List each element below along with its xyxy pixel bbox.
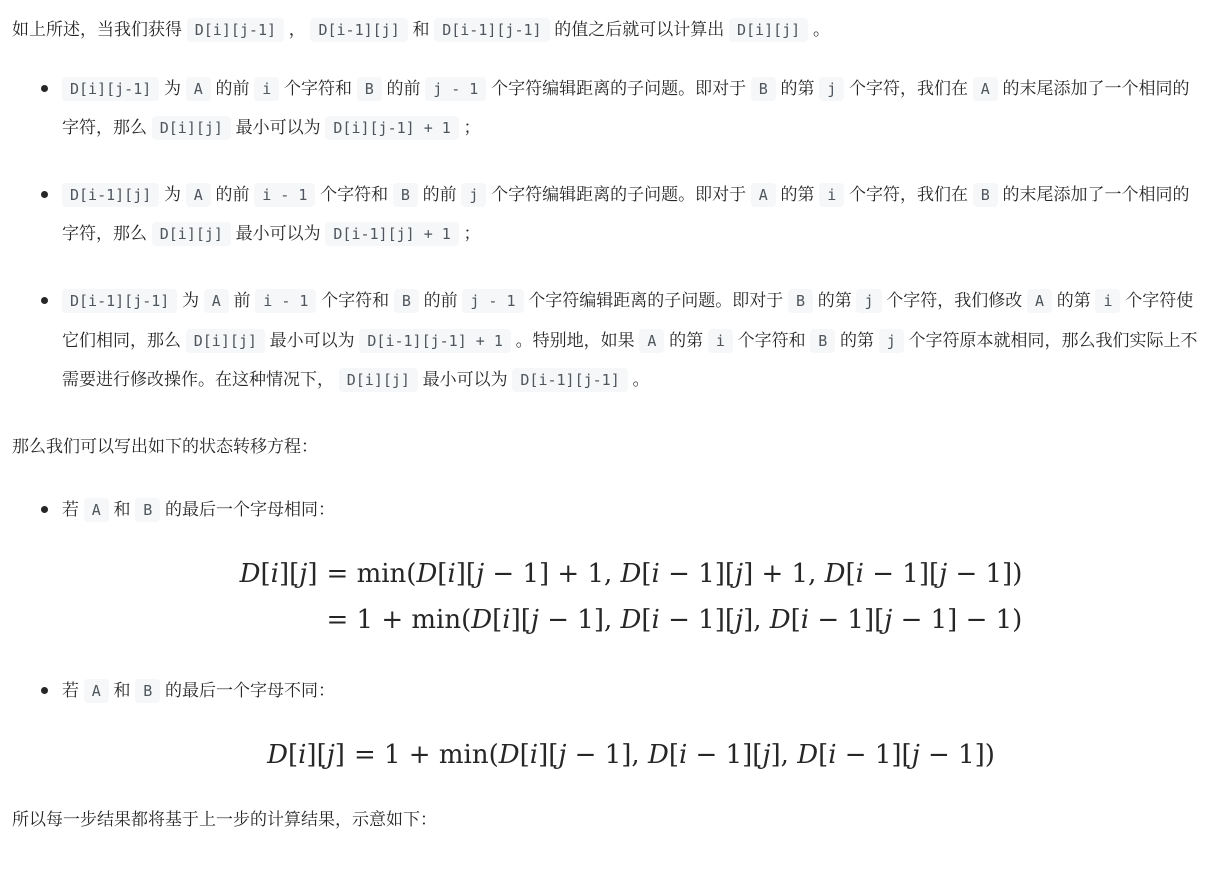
inline-code: D[i-1][j-1] + 1 [359, 329, 510, 353]
solution-article: { "page": { "background_color": "#ffffff… [0, 0, 1218, 894]
inline-code: D[i-1][j-1] [62, 289, 177, 313]
bullet-icon [41, 191, 48, 198]
inline-code: B [135, 498, 160, 522]
inline-code: D[i][j-1] [187, 18, 284, 42]
inline-code: A [973, 77, 998, 101]
inline-code: B [135, 679, 160, 703]
inline-code: B [788, 289, 813, 313]
formula-rhs: = min(D[i][j − 1] + 1, D[i − 1][j] + 1, … [318, 551, 1023, 597]
inline-code: A [751, 183, 776, 207]
outro-paragraph: 所以每一步结果都将基于上一步的计算结果，示意如下： [12, 800, 1200, 839]
inline-code: B [357, 77, 382, 101]
list-item-text: D[i][j-1] 为 A 的前 i 个字符和 B 的前 j - 1 个字符编辑… [62, 79, 1190, 137]
inline-code: j [856, 289, 881, 313]
article-content: 如上所述，当我们获得 D[i][j-1] ， D[i-1][j] 和 D[i-1… [12, 10, 1200, 839]
inline-code: B [973, 183, 998, 207]
inline-code: D[i-1][j-1] [434, 18, 549, 42]
formula-different-last-letter: D[i][j] = 1 + min(D[i][j − 1], D[i − 1][… [62, 732, 1200, 778]
inline-code: j - 1 [425, 77, 486, 101]
inline-code: A [186, 77, 211, 101]
intro-paragraph: 如上所述，当我们获得 D[i][j-1] ， D[i-1][j] 和 D[i-1… [12, 10, 1200, 49]
inline-code: D[i-1][j] + 1 [325, 222, 458, 246]
inline-code: j [879, 329, 904, 353]
list-item-text: 若 A 和 B 的最后一个字母不同： [62, 681, 335, 700]
inline-code: B [393, 183, 418, 207]
list-item-subproblem-2: D[i-1][j] 为 A 的前 i - 1 个字符和 B 的前 j 个字符编辑… [62, 175, 1200, 253]
bullet-icon [41, 85, 48, 92]
list-item-text: D[i-1][j] 为 A 的前 i - 1 个字符和 B 的前 j 个字符编辑… [62, 185, 1190, 243]
inline-code: i [1095, 289, 1120, 313]
inline-code: j [819, 77, 844, 101]
bullet-icon [41, 297, 48, 304]
inline-code: B [394, 289, 419, 313]
formula-rhs: = 1 + min(D[i][j − 1], D[i − 1][j], D[i … [345, 732, 995, 778]
formula-lhs [240, 597, 318, 643]
list-item-same-last-letter: 若 A 和 B 的最后一个字母相同： D[i][j] = min(D[i][j … [62, 490, 1200, 643]
inline-code: i [819, 183, 844, 207]
inline-code: D[i-1][j] [310, 18, 407, 42]
subproblem-list: D[i][j-1] 为 A 的前 i 个字符和 B 的前 j - 1 个字符编辑… [12, 69, 1200, 399]
inline-code: B [751, 77, 776, 101]
formula-lhs: D[i][j] [267, 732, 345, 778]
inline-code: D[i][j-1] [62, 77, 159, 101]
formula-rhs: = 1 + min(D[i][j − 1], D[i − 1][j], D[i … [318, 597, 1023, 643]
bullet-icon [41, 687, 48, 694]
inline-code: D[i][j] [186, 329, 265, 353]
list-item-different-last-letter: 若 A 和 B 的最后一个字母不同： D[i][j] = 1 + min(D[i… [62, 671, 1200, 778]
inline-code: A [1027, 289, 1052, 313]
bullet-icon [41, 506, 48, 513]
inline-code: i [254, 77, 279, 101]
transition-paragraph: 那么我们可以写出如下的状态转移方程： [12, 427, 1200, 466]
inline-code: j [461, 183, 486, 207]
inline-code: i [708, 329, 733, 353]
inline-code: i - 1 [255, 289, 316, 313]
inline-code: D[i-1][j] [62, 183, 159, 207]
inline-code: i - 1 [254, 183, 315, 207]
list-item-subproblem-1: D[i][j-1] 为 A 的前 i 个字符和 B 的前 j - 1 个字符编辑… [62, 69, 1200, 147]
inline-code: j - 1 [462, 289, 523, 313]
list-item-text: D[i-1][j-1] 为 A 前 i - 1 个字符和 B 的前 j - 1 … [62, 291, 1198, 388]
formula-lhs: D[i][j] [240, 551, 318, 597]
inline-code: D[i][j] [152, 116, 231, 140]
inline-code: D[i][j] [339, 368, 418, 392]
inline-code: D[i][j] [729, 18, 808, 42]
inline-code: A [84, 679, 109, 703]
inline-code: B [810, 329, 835, 353]
formula-same-last-letter: D[i][j] = min(D[i][j − 1] + 1, D[i − 1][… [62, 551, 1200, 643]
inline-code: D[i-1][j-1] [512, 368, 627, 392]
state-transition-list: 若 A 和 B 的最后一个字母相同： D[i][j] = min(D[i][j … [12, 490, 1200, 778]
inline-code: A [186, 183, 211, 207]
inline-code: A [204, 289, 229, 313]
list-item-subproblem-3: D[i-1][j-1] 为 A 前 i - 1 个字符和 B 的前 j - 1 … [62, 281, 1200, 398]
inline-code: D[i][j] [152, 222, 231, 246]
inline-code: A [639, 329, 664, 353]
list-item-text: 若 A 和 B 的最后一个字母相同： [62, 500, 335, 519]
inline-code: D[i][j-1] + 1 [325, 116, 458, 140]
inline-code: A [84, 498, 109, 522]
